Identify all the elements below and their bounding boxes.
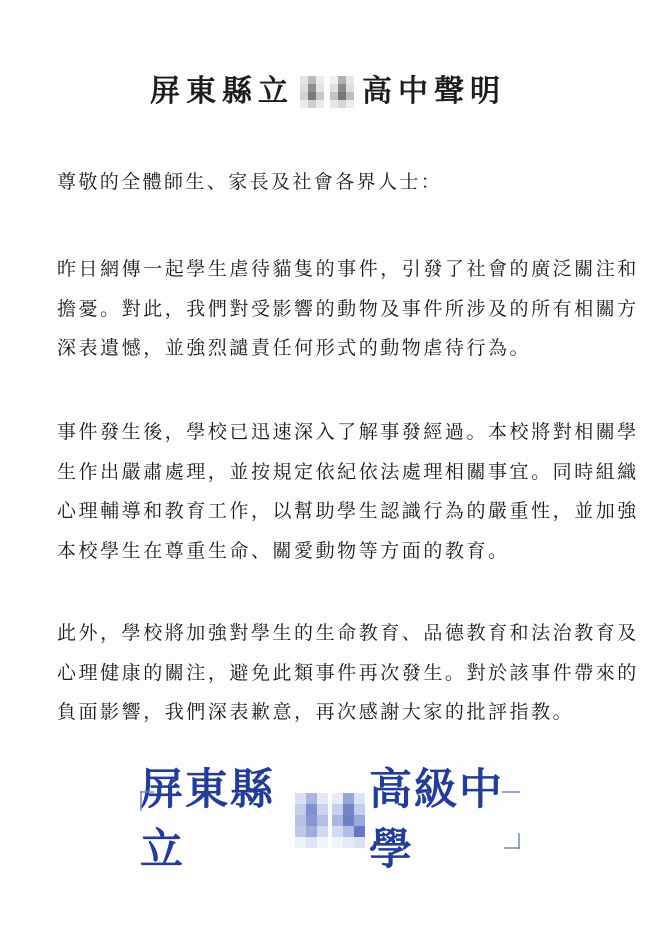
stamp-frame-mark <box>140 791 142 811</box>
paragraph-line: 事件發生後，學校已迅速深入了解事發經過。本校將對相關學 <box>57 413 605 453</box>
paragraph-1: 昨日網傳一起學生虐待貓隻的事件，引發了社會的廣泛關注和 擔憂。對此，我們對受影響… <box>57 250 605 369</box>
redacted-stamp-name-mosaic <box>295 793 365 848</box>
document-title: 屏東縣立 高中聲明 <box>0 72 656 112</box>
salutation: 尊敬的全體師生、家長及社會各界人士： <box>57 168 442 196</box>
paragraph-line: 生作出嚴肅處理，並按規定依紀依法處理相關事宜。同時組織 <box>57 453 605 493</box>
stamp-frame-mark <box>502 791 520 793</box>
paragraph-line: 負面影響，我們深表歉意，再次感謝大家的批評指教。 <box>57 693 605 733</box>
title-prefix: 屏東縣立 <box>150 72 294 112</box>
title-suffix: 高中聲明 <box>362 72 506 112</box>
redacted-school-name-mosaic <box>300 76 354 108</box>
paragraph-line: 昨日網傳一起學生虐待貓隻的事件，引發了社會的廣泛關注和 <box>57 250 605 290</box>
stamp-frame-mark <box>140 791 154 793</box>
mosaic-block <box>332 793 365 848</box>
mosaic-block <box>330 76 354 108</box>
mosaic-block <box>300 76 324 108</box>
paragraph-line: 心理健康的關注，避免此類事件再次發生。對於該事件帶來的 <box>57 654 605 694</box>
mosaic-block <box>295 793 328 848</box>
paragraph-3: 此外，學校將加強對學生的生命教育、品德教育和法治教育及 心理健康的關注，避免此類… <box>57 614 605 733</box>
paragraph-line: 擔憂。對此，我們對受影響的動物及事件所涉及的所有相關方 <box>57 290 605 330</box>
stamp-prefix: 屏東縣立 <box>140 760 291 880</box>
school-seal-stamp: 屏東縣立 高級中學 <box>140 787 520 853</box>
paragraph-line: 心理輔導和教育工作，以幫助學生認識行為的嚴重性，並加強 <box>57 492 605 532</box>
paragraph-line: 深表遺憾，並強烈譴責任何形式的動物虐待行為。 <box>57 329 605 369</box>
paragraph-line: 此外，學校將加強對學生的生命教育、品德教育和法治教育及 <box>57 614 605 654</box>
statement-page: 屏東縣立 高中聲明 尊敬的全體師生、家長及社會各界人士： 昨日網傳一起學生虐待貓… <box>0 0 656 927</box>
paragraph-line: 本校學生在尊重生命、關愛動物等方面的教育。 <box>57 532 605 572</box>
stamp-frame-mark <box>504 847 520 849</box>
stamp-suffix: 高級中學 <box>369 760 520 880</box>
paragraph-2: 事件發生後，學校已迅速深入了解事發經過。本校將對相關學 生作出嚴肅處理，並按規定… <box>57 413 605 571</box>
